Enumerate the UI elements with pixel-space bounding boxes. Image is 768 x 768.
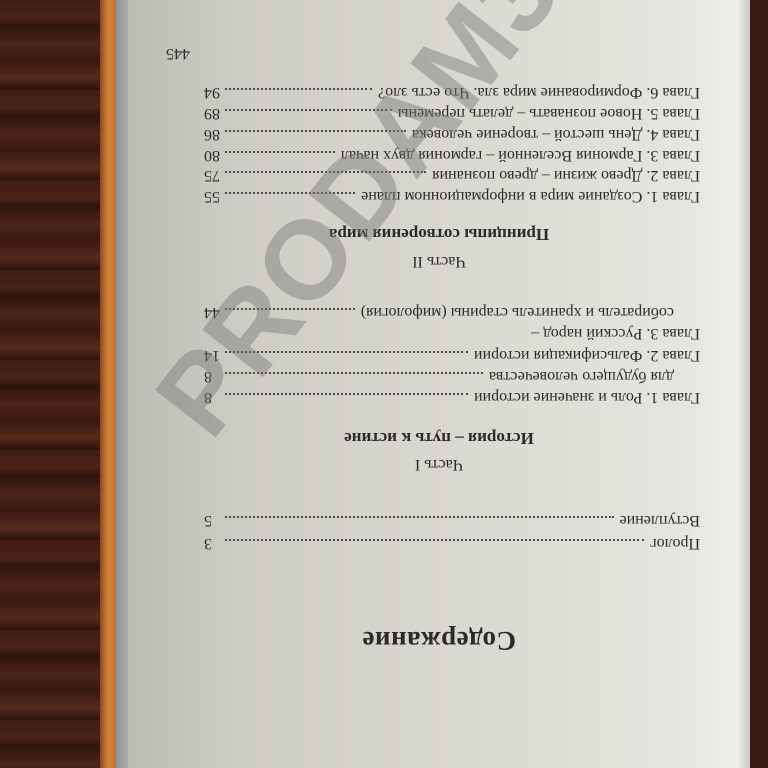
toc-page-number: 3 (204, 533, 222, 553)
leader-dots (225, 308, 355, 310)
leader-dots (225, 192, 355, 194)
toc-label: Глава 3. Гармония Вселенной – гармония д… (341, 145, 700, 165)
toc-label: Глава 1. Роль и значение истории (474, 387, 700, 407)
toc-label: Глава 6. Формирование мира зла. Что есть… (378, 82, 700, 102)
toc-label: Глава 2. Древо жизни – древо познания (432, 165, 700, 185)
leader-dots (225, 171, 426, 173)
page-title: Содержание (128, 625, 750, 656)
toc-page-number: 75 (204, 165, 222, 185)
leader-dots (225, 539, 644, 541)
toc-label: Глава 2. Фальсификация истории (474, 345, 700, 365)
toc-entry: Глава 1. Роль и значение истории 8 (204, 387, 700, 407)
toc-page-number: 14 (204, 345, 222, 365)
toc-page-number: 8 (204, 387, 222, 407)
leader-dots (225, 516, 614, 518)
toc-label: Глава 1. Создание мира в информационном … (361, 186, 700, 206)
toc-label: Глава 3. Русский народ – (531, 323, 700, 343)
leader-dots (225, 109, 392, 111)
page-stack-edge (116, 0, 132, 768)
leader-dots (225, 393, 468, 395)
toc-label: собиратель и хранитель старины (мифологи… (361, 302, 700, 322)
toc-label: Вступление (620, 510, 700, 530)
watermark: PRODAM39.ru (130, 0, 716, 459)
toc-label: для будущего человечества (489, 366, 700, 386)
toc-entry: Глава 3. Гармония Вселенной – гармония д… (204, 145, 700, 165)
toc-entry: Глава 5. Новое познавать – делать переме… (204, 103, 700, 123)
toc-entry: Глава 3. Русский народ – (204, 323, 700, 343)
toc-entry-prologue: Пролог 3 (204, 533, 700, 553)
toc-label: Глава 4. День шестой – творение человека (412, 124, 700, 144)
leader-dots (225, 372, 483, 374)
toc-page-number: 86 (204, 124, 222, 144)
toc-page-number: 94 (204, 82, 222, 102)
part-2-title: Принципы сотворения мира (128, 224, 750, 244)
toc-label: Пролог (650, 533, 700, 553)
toc-entry: Глава 2. Фальсификация истории 14 (204, 345, 700, 365)
toc-page-number: 80 (204, 145, 222, 165)
part-2-label: Часть II (128, 252, 750, 270)
leader-dots (225, 88, 372, 90)
leader-dots (225, 130, 406, 132)
toc-entry: Глава 2. Древо жизни – древо познания 75 (204, 165, 700, 185)
wooden-table-background (0, 0, 104, 768)
toc-page-number: 89 (204, 103, 222, 123)
toc-page-number: 55 (204, 186, 222, 206)
toc-entry-introduction: Вступление 5 (204, 510, 700, 530)
book-page: Содержание Пролог 3 Вступление 5 Часть I… (128, 0, 750, 768)
toc-entry: для будущего человечества 8 (204, 366, 700, 386)
page-fold-shadow (738, 0, 750, 768)
leader-dots (225, 351, 468, 353)
toc-label: Глава 5. Новое познавать – делать переме… (398, 103, 700, 123)
part-1-label: Часть I (128, 455, 750, 473)
toc-page-number: 8 (204, 366, 222, 386)
toc-page-number: 44 (204, 302, 222, 322)
toc-entry: Глава 4. День шестой – творение человека… (204, 124, 700, 144)
toc-entry: Глава 1. Создание мира в информационном … (204, 186, 700, 206)
toc-page-number: 5 (204, 510, 222, 530)
part-1-title: История – путь к истине (128, 428, 750, 448)
page-number: 445 (166, 44, 190, 62)
toc-entry: собиратель и хранитель старины (мифологи… (204, 302, 700, 322)
leader-dots (225, 151, 335, 153)
toc-entry: Глава 6. Формирование мира зла. Что есть… (204, 82, 700, 102)
